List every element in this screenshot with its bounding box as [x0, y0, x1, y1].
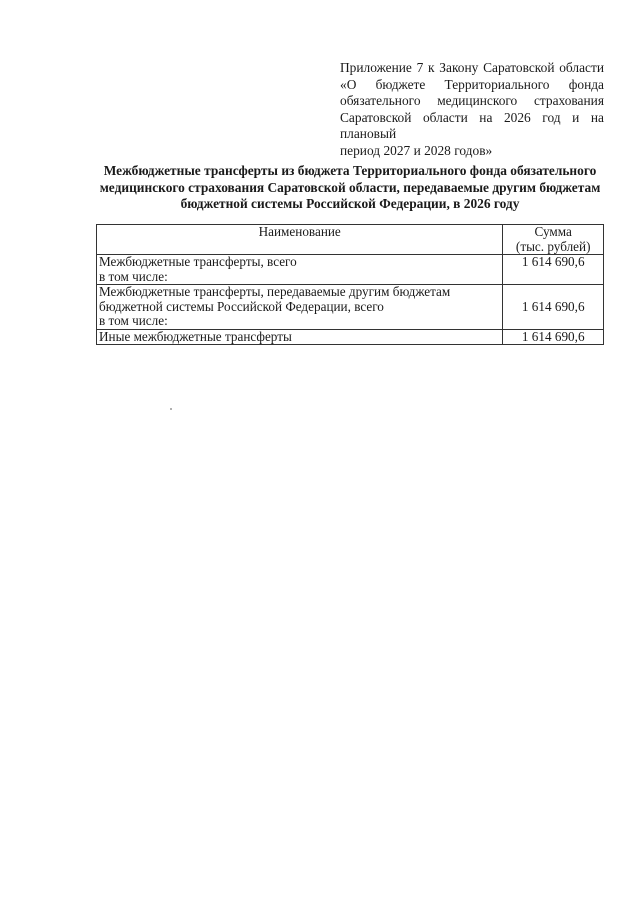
row-name: Иные межбюджетные трансферты	[97, 329, 503, 345]
row-name-line: бюджетной системы Российской Федерации, …	[99, 300, 500, 315]
scan-speck	[170, 408, 172, 410]
row-name-line: Межбюджетные трансферты, передаваемые др…	[99, 285, 500, 300]
appendix-line: Приложение 7 к Закону Саратовской област…	[340, 60, 604, 77]
table-row: Межбюджетные трансферты, передаваемые др…	[97, 285, 604, 330]
document-title: Межбюджетные трансферты из бюджета Терри…	[90, 163, 610, 213]
table-row: Межбюджетные трансферты, всего в том чис…	[97, 255, 604, 285]
title-line: Межбюджетные трансферты из бюджета Терри…	[90, 163, 610, 180]
appendix-line: Саратовской области на 2026 год и на пла…	[340, 110, 604, 143]
transfers-table: Наименование Сумма (тыс. рублей) Межбюдж…	[96, 224, 604, 345]
header-name-label: Наименование	[259, 224, 341, 239]
appendix-line: период 2027 и 2028 годов»	[340, 143, 604, 160]
header-sum-label: Сумма	[505, 225, 601, 240]
row-sum: 1 614 690,6	[503, 285, 604, 330]
header-sum: Сумма (тыс. рублей)	[503, 225, 604, 255]
row-name: Межбюджетные трансферты, всего в том чис…	[97, 255, 503, 285]
table-header-row: Наименование Сумма (тыс. рублей)	[97, 225, 604, 255]
table-row: Иные межбюджетные трансферты 1 614 690,6	[97, 329, 604, 345]
appendix-line: обязательного медицинского страхования	[340, 93, 604, 110]
row-name-line: в том числе:	[99, 314, 500, 329]
document-page: Приложение 7 к Закону Саратовской област…	[0, 0, 640, 905]
header-name: Наименование	[97, 225, 503, 255]
title-line: бюджетной системы Российской Федерации, …	[90, 196, 610, 213]
row-name: Межбюджетные трансферты, передаваемые др…	[97, 285, 503, 330]
appendix-header: Приложение 7 к Закону Саратовской област…	[340, 60, 604, 159]
header-sum-unit: (тыс. рублей)	[505, 240, 601, 255]
row-sum: 1 614 690,6	[503, 255, 604, 285]
row-name-line: в том числе:	[99, 270, 500, 285]
row-name-line: Межбюджетные трансферты, всего	[99, 255, 500, 270]
title-line: медицинского страхования Саратовской обл…	[90, 180, 610, 197]
row-name-line: Иные межбюджетные трансферты	[99, 330, 500, 345]
appendix-line: «О бюджете Территориального фонда	[340, 77, 604, 94]
row-sum: 1 614 690,6	[503, 329, 604, 345]
